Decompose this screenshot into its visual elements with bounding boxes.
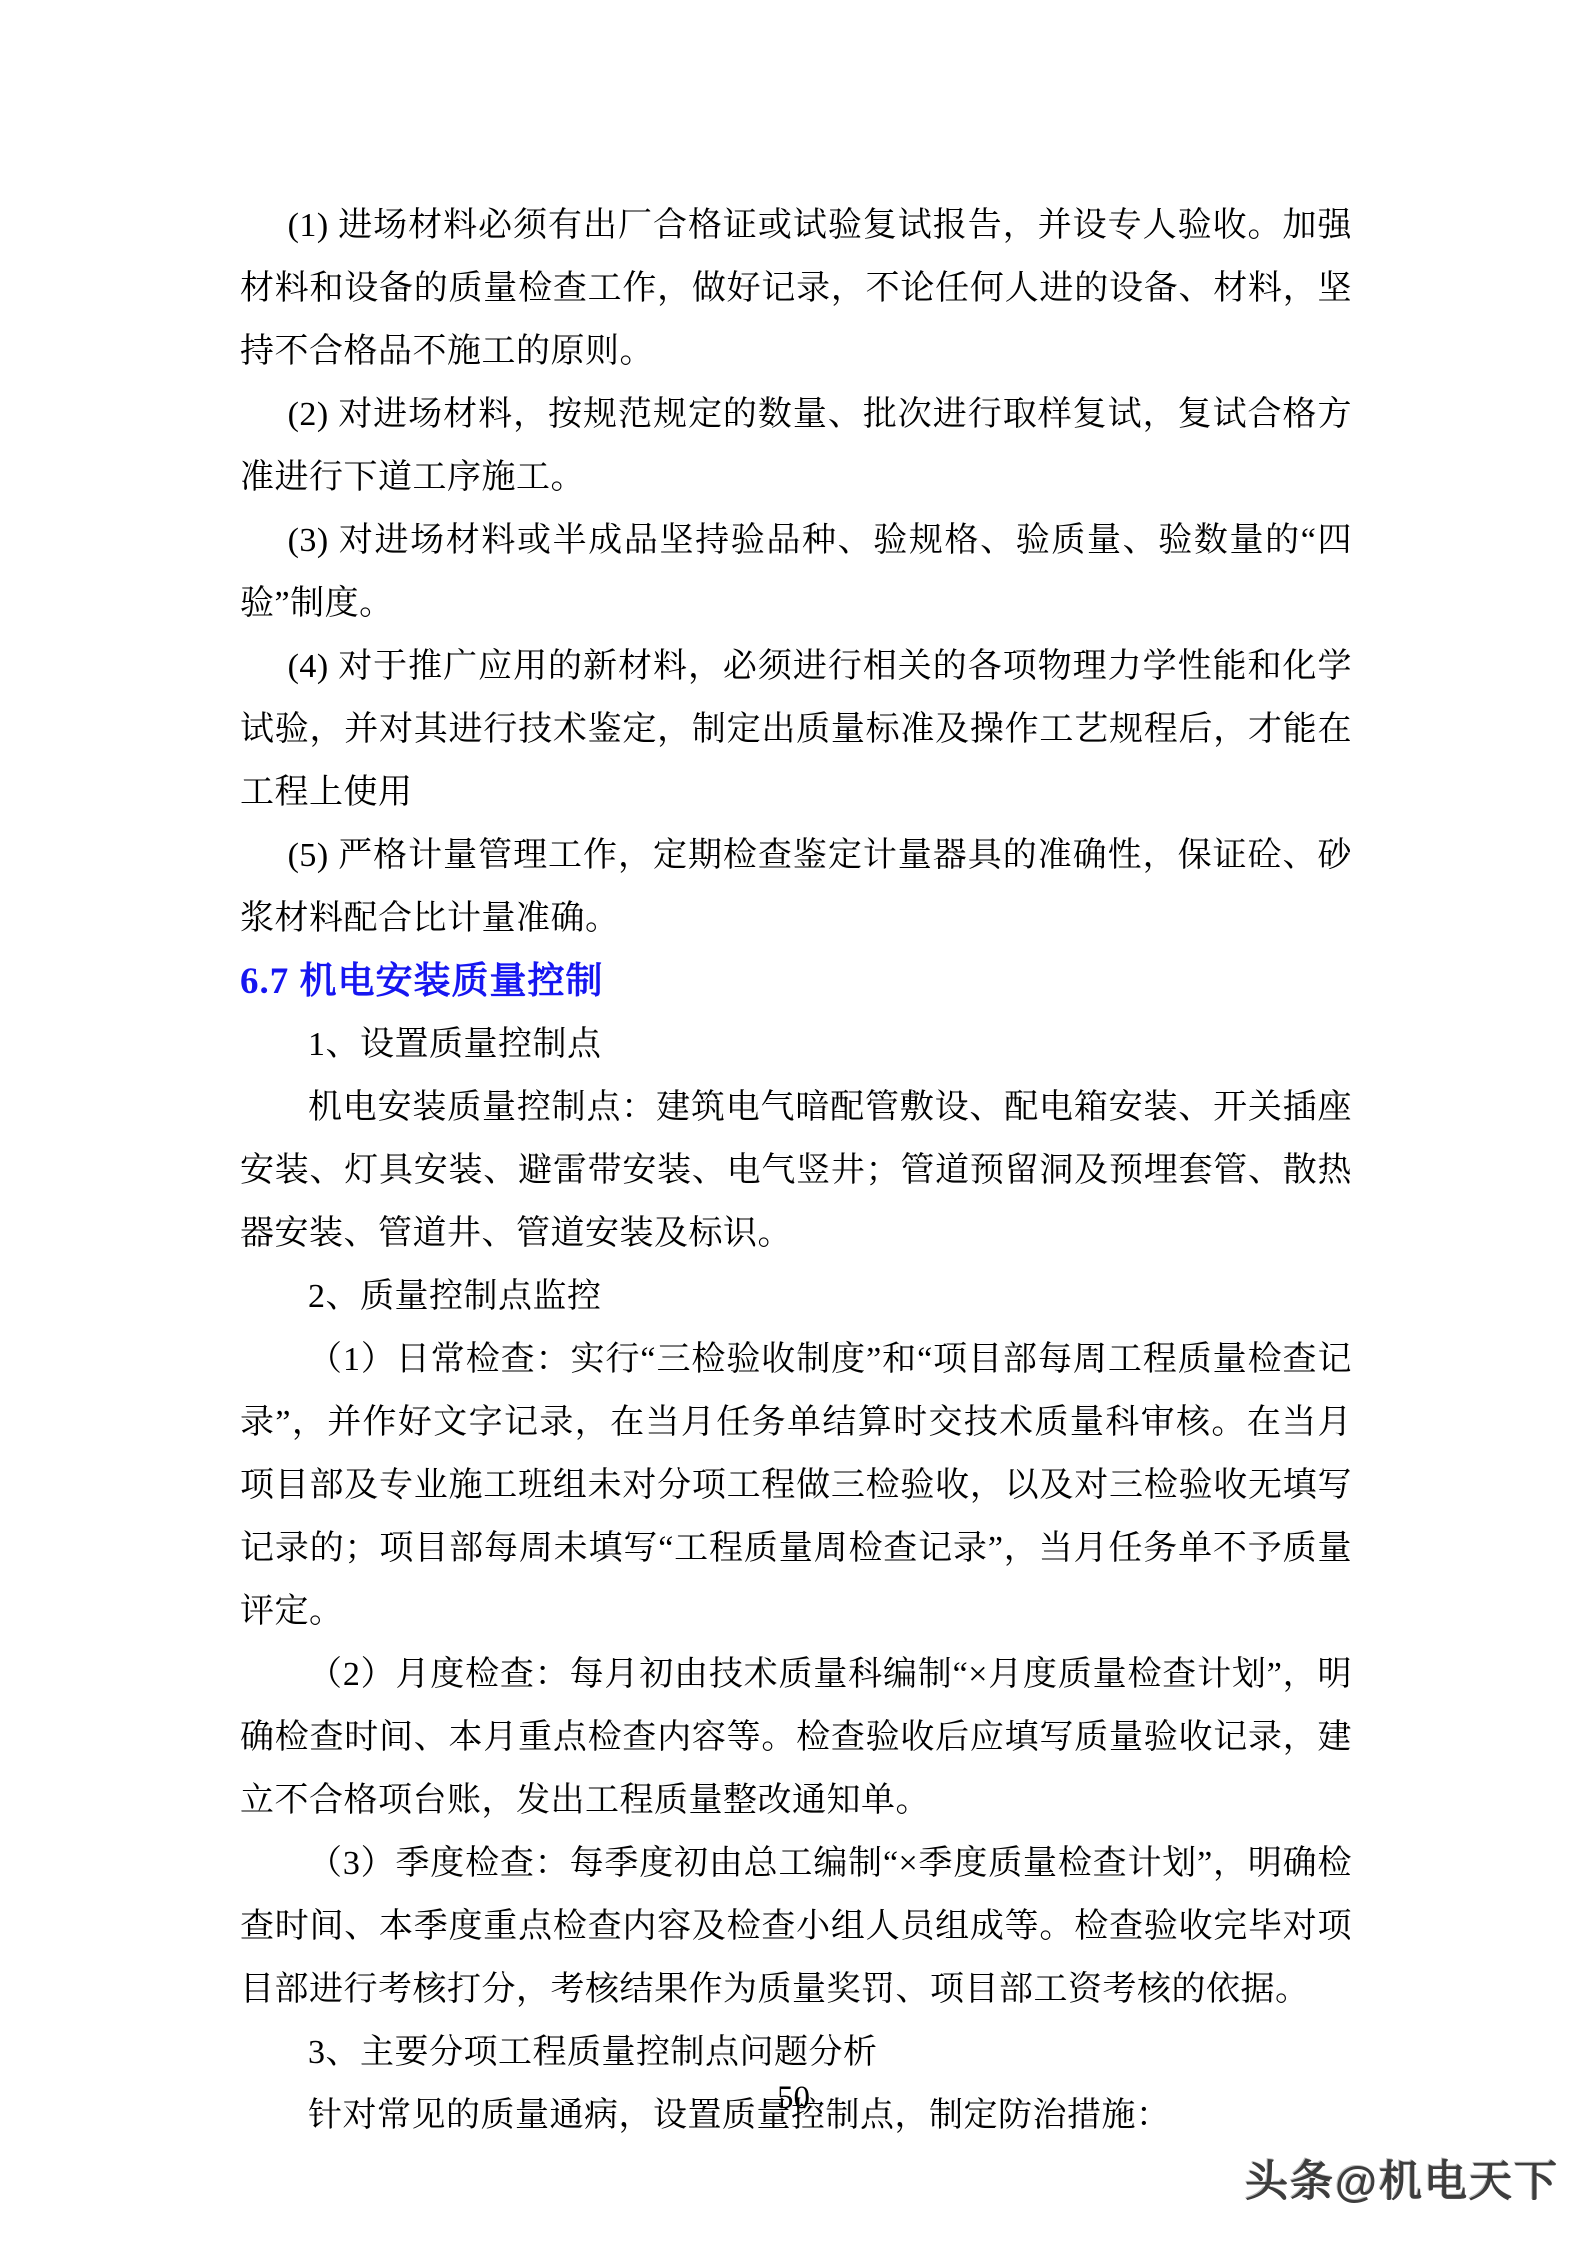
paragraph: (5) 严格计量管理工作，定期检查鉴定计量器具的准确性，保证砼、砂浆材料配合比计… <box>240 824 1352 950</box>
watermark-text: 头条@机电天下 <box>1245 2158 1559 2206</box>
page-number: 50 <box>0 2078 1587 2118</box>
document-body: (1) 进场材料必须有出厂合格证或试验复试报告，并设专人验收。加强材料和设备的质… <box>240 194 1352 2147</box>
paragraph: 机电安装质量控制点：建筑电气暗配管敷设、配电箱安装、开关插座安装、灯具安装、避雷… <box>240 1076 1352 1265</box>
document-page: (1) 进场材料必须有出厂合格证或试验复试报告，并设专人验收。加强材料和设备的质… <box>0 0 1587 2245</box>
paragraph: 1、设置质量控制点 <box>240 1013 1352 1076</box>
section-heading: 6.7 机电安装质量控制 <box>240 950 1352 1013</box>
paragraph: 3、主要分项工程质量控制点问题分析 <box>240 2021 1352 2084</box>
paragraph: （1）日常检查：实行“三检验收制度”和“项目部每周工程质量检查记录”，并作好文字… <box>240 1328 1352 1643</box>
paragraph: 2、质量控制点监控 <box>240 1265 1352 1328</box>
paragraph: (3) 对进场材料或半成品坚持验品种、验规格、验质量、验数量的“四验”制度。 <box>240 509 1352 635</box>
paragraph: (4) 对于推广应用的新材料，必须进行相关的各项物理力学性能和化学试验，并对其进… <box>240 635 1352 824</box>
paragraph: (1) 进场材料必须有出厂合格证或试验复试报告，并设专人验收。加强材料和设备的质… <box>240 194 1352 383</box>
paragraph: （3）季度检查：每季度初由总工编制“×季度质量检查计划”，明确检查时间、本季度重… <box>240 1832 1352 2021</box>
paragraph: （2）月度检查：每月初由技术质量科编制“×月度质量检查计划”，明确检查时间、本月… <box>240 1643 1352 1832</box>
paragraph: (2) 对进场材料，按规范规定的数量、批次进行取样复试，复试合格方准进行下道工序… <box>240 383 1352 509</box>
